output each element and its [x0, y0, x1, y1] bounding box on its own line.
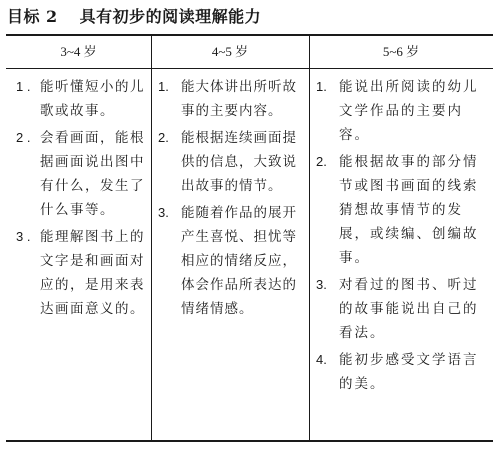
item-number: 1 .	[16, 75, 30, 99]
item-text: 能说出所阅读的幼儿文学作品的主要内容。	[339, 75, 489, 147]
title-number: 2	[46, 7, 58, 26]
section-title: 目标2具有初步的阅读理解能力	[7, 4, 261, 27]
title-label: 目标	[7, 7, 40, 26]
title-text: 具有初步的阅读理解能力	[80, 7, 262, 26]
list-item: 3. 能随着作品的展开产生喜悦、担忧等相应的情绪反应，体会作品所表达的情绪情感。	[152, 201, 305, 321]
item-number: 2 .	[16, 126, 30, 150]
item-number: 2.	[316, 150, 327, 174]
table-header-row: 3~4 岁 4~5 岁 5~6 岁	[6, 36, 493, 69]
item-text: 会看画面，能根据画面说出图中有什么，发生了什么事等。	[40, 126, 147, 222]
item-number: 1.	[316, 75, 327, 99]
list-item: 1. 能大体讲出所听故事的主要内容。	[152, 75, 305, 123]
item-number: 4.	[316, 348, 327, 372]
item-number: 3.	[158, 201, 169, 225]
column-age-5-6: 1. 能说出所阅读的幼儿文学作品的主要内容。 2. 能根据故事的部分情节或图书画…	[310, 69, 493, 440]
list-item: 4. 能初步感受文学语言的美。	[310, 348, 489, 396]
item-text: 能初步感受文学语言的美。	[339, 348, 489, 396]
goals-table: 3~4 岁 4~5 岁 5~6 岁 1 . 能听懂短小的儿歌或故事。 2 . 会…	[6, 34, 493, 442]
item-number: 1.	[158, 75, 169, 99]
item-number: 3.	[316, 273, 327, 297]
item-number: 2.	[158, 126, 169, 150]
header-age-3-4: 3~4 岁	[6, 36, 151, 68]
item-text: 能随着作品的展开产生喜悦、担忧等相应的情绪反应，体会作品所表达的情绪情感。	[181, 201, 305, 321]
column-age-4-5: 1. 能大体讲出所听故事的主要内容。 2. 能根据连续画面提供的信息，大致说出故…	[152, 69, 309, 440]
header-age-5-6: 5~6 岁	[309, 36, 493, 68]
item-text: 能根据故事的部分情节或图书画面的线索猜想故事情节的发展，或续编、创编故事。	[339, 150, 489, 270]
item-number: 3 .	[16, 225, 30, 249]
list-item: 3 . 能理解图书上的文字是和画面对应的，是用来表达画面意义的。	[6, 225, 147, 321]
item-text: 能听懂短小的儿歌或故事。	[40, 75, 147, 123]
item-text: 对看过的图书、听过的故事能说出自己的看法。	[339, 273, 489, 345]
list-item: 1. 能说出所阅读的幼儿文学作品的主要内容。	[310, 75, 489, 147]
list-item: 2 . 会看画面，能根据画面说出图中有什么，发生了什么事等。	[6, 126, 147, 222]
header-age-4-5: 4~5 岁	[151, 36, 309, 68]
list-item: 2. 能根据故事的部分情节或图书画面的线索猜想故事情节的发展，或续编、创编故事。	[310, 150, 489, 270]
item-text: 能大体讲出所听故事的主要内容。	[181, 75, 305, 123]
list-item: 1 . 能听懂短小的儿歌或故事。	[6, 75, 147, 123]
item-text: 能根据连续画面提供的信息，大致说出故事的情节。	[181, 126, 305, 198]
item-text: 能理解图书上的文字是和画面对应的，是用来表达画面意义的。	[40, 225, 147, 321]
list-item: 3. 对看过的图书、听过的故事能说出自己的看法。	[310, 273, 489, 345]
list-item: 2. 能根据连续画面提供的信息，大致说出故事的情节。	[152, 126, 305, 198]
column-age-3-4: 1 . 能听懂短小的儿歌或故事。 2 . 会看画面，能根据画面说出图中有什么，发…	[6, 69, 151, 440]
